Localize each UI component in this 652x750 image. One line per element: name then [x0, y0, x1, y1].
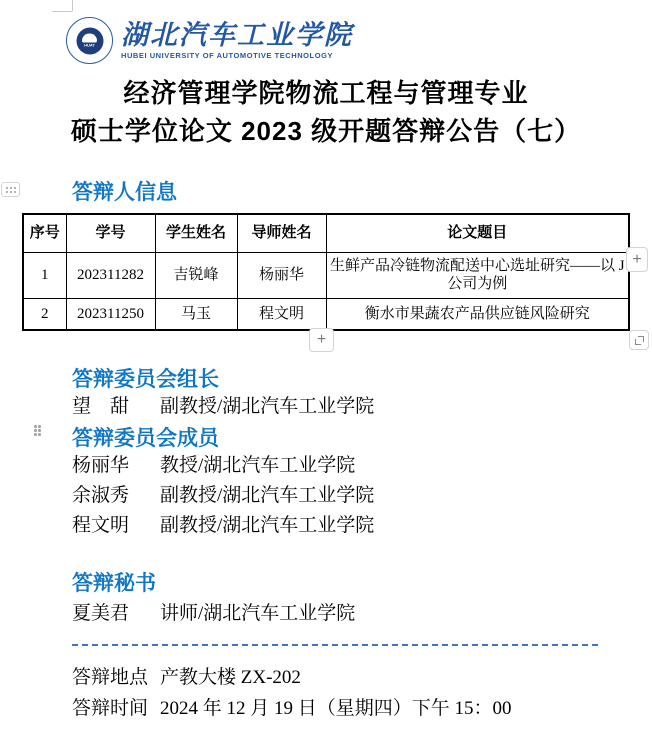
cell-student-name: 吉锐峰 [155, 252, 237, 298]
candidates-table: 序号 学号 学生姓名 导师姓名 论文题目 1 202311282 吉锐峰 杨丽华… [22, 213, 630, 331]
document-title: 经济管理学院物流工程与管理专业 硕士学位论文 2023 级开题答辩公告（七） [0, 74, 652, 150]
person-title: 教授/湖北汽车工业学院 [160, 454, 355, 478]
cell-student-id: 202311282 [66, 252, 155, 298]
block-drag-handle[interactable] [31, 423, 45, 439]
document-title-line2: 硕士学位论文 2023 级开题答辩公告（七） [0, 112, 652, 150]
location-value: 产教大楼 ZX-202 [160, 666, 301, 690]
logo-text-block: 湖北汽车工业学院 HUBEI UNIVERSITY OF AUTOMOTIVE … [121, 21, 353, 60]
cell-thesis-title: 衡水市果蔬农产品供应链风险研究 [326, 298, 629, 330]
add-row-button[interactable]: + [309, 328, 334, 352]
time-label: 答辩时间 [72, 697, 160, 721]
person-title: 讲师/湖北汽车工业学院 [160, 602, 355, 626]
cell-supervisor-name: 程文明 [237, 298, 326, 330]
table-row: 1 202311282 吉锐峰 杨丽华 生鲜产品冷链物流配送中心选址研究——以 … [23, 252, 629, 298]
person-name: 杨丽华 [72, 454, 160, 478]
cropped-toolbar-fragment [52, 0, 73, 12]
time-value: 2024 年 12 月 19 日（星期四）下午 15：00 [160, 697, 512, 721]
emblem-ring-text: · · · · · · · [67, 21, 112, 26]
col-header-student-id: 学号 [66, 214, 155, 252]
person-title: 副教授/湖北汽车工业学院 [160, 514, 374, 538]
person-title: 副教授/湖北汽车工业学院 [160, 484, 374, 508]
cell-student-id: 202311250 [66, 298, 155, 330]
cell-thesis-title: 生鲜产品冷链物流配送中心选址研究——以 J 公司为例 [326, 252, 629, 298]
cell-index: 2 [23, 298, 66, 330]
document-title-line1: 经济管理学院物流工程与管理专业 [0, 74, 652, 112]
col-header-index: 序号 [23, 214, 66, 252]
emblem-arch-shape [82, 33, 97, 42]
table-row: 2 202311250 马玉 程文明 衡水市果蔬农产品供应链风险研究 [23, 298, 629, 330]
person-title: 副教授/湖北汽车工业学院 [160, 395, 374, 419]
person-name: 程文明 [72, 514, 160, 538]
cell-student-name: 马玉 [155, 298, 237, 330]
table-drag-handle[interactable] [1, 182, 20, 197]
person-name: 余淑秀 [72, 484, 160, 508]
committee-member-line: 余淑秀 副教授/湖北汽车工业学院 [72, 484, 374, 508]
university-emblem-icon: · · · · · · · HUAT [66, 17, 113, 64]
location-label: 答辩地点 [72, 666, 160, 690]
dashed-divider [72, 644, 598, 646]
person-name: 望 甜 [72, 395, 160, 419]
drag-dots-icon [6, 187, 8, 193]
col-header-thesis-title: 论文题目 [326, 214, 629, 252]
chair-member-line: 望 甜 副教授/湖北汽车工业学院 [72, 395, 374, 419]
emblem-huat-text: HUAT [84, 42, 95, 47]
committee-member-line: 程文明 副教授/湖北汽车工业学院 [72, 514, 374, 538]
cell-supervisor-name: 杨丽华 [237, 252, 326, 298]
add-column-button[interactable]: + [626, 247, 648, 272]
university-name-en: HUBEI UNIVERSITY OF AUTOMOTIVE TECHNOLOG… [121, 51, 353, 60]
cell-index: 1 [23, 252, 66, 298]
table-resize-button[interactable] [629, 330, 649, 350]
document-page: · · · · · · · HUAT 湖北汽车工业学院 HUBEI UNIVER… [0, 0, 652, 750]
university-logo: · · · · · · · HUAT 湖北汽车工业学院 HUBEI UNIVER… [66, 17, 353, 64]
heading-candidates: 答辩人信息 [72, 176, 177, 206]
col-header-supervisor-name: 导师姓名 [237, 214, 326, 252]
university-name-cn: 湖北汽车工业学院 [121, 21, 353, 49]
heading-committee-chair: 答辩委员会组长 [72, 363, 219, 393]
col-header-student-name: 学生姓名 [155, 214, 237, 252]
committee-member-line: 杨丽华 教授/湖北汽车工业学院 [72, 454, 355, 478]
defense-location-line: 答辩地点 产教大楼 ZX-202 [72, 666, 301, 690]
emblem-inner-circle: HUAT [76, 27, 103, 54]
table-header-row: 序号 学号 学生姓名 导师姓名 论文题目 [23, 214, 629, 252]
resize-diagonal-icon [635, 336, 644, 345]
heading-secretary: 答辩秘书 [72, 567, 156, 597]
secretary-line: 夏美君 讲师/湖北汽车工业学院 [72, 602, 355, 626]
defense-time-line: 答辩时间 2024 年 12 月 19 日（星期四）下午 15：00 [72, 697, 512, 721]
person-name: 夏美君 [72, 602, 160, 626]
heading-committee-members: 答辩委员会成员 [72, 422, 219, 452]
